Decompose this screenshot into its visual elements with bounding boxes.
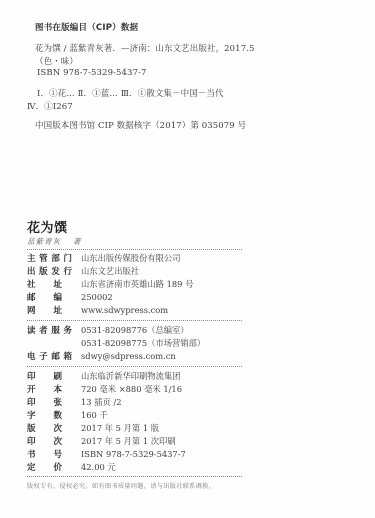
row-label: 定价 <box>27 461 72 473</box>
row-value: ISBN 978-7-5329-5437-7 <box>81 449 186 459</box>
row-label: 印张 <box>27 396 72 408</box>
phone-editorial: 0531-82098776（总编室） <box>81 324 189 336</box>
info-row-supervisor: 主管部门 山东出版传媒股份有限公司 <box>27 252 181 264</box>
cip-line-series: （色・味） <box>35 55 78 67</box>
row-value: 山东出版传媒股份有限公司 <box>81 252 181 264</box>
row-label: 社址 <box>27 278 72 290</box>
row-label: 字数 <box>27 409 72 421</box>
cip-line-subjects: Ⅰ．①花… Ⅱ．①蓝… Ⅲ．①散文集－中国－当代 <box>37 87 224 99</box>
info-row-email: 电子邮箱 sdwy@sdpress.com.cn <box>27 350 176 362</box>
row-value: 250002 <box>81 292 113 302</box>
copyright-page: 图书在版编目（CIP）数据 花为馔 / 蓝紫青灰著．—济南：山东文艺出版社，20… <box>0 0 375 518</box>
divider-2 <box>27 320 242 321</box>
row-label: 网址 <box>27 304 72 316</box>
info-row-price: 定价 42.00 元 <box>27 461 116 473</box>
info-row-printing: 印次 2017 年 5 月第 1 次印刷 <box>27 435 176 447</box>
email-address: sdwy@sdpress.com.cn <box>81 351 176 361</box>
row-value: 山东省济南市英雄山路 189 号 <box>81 278 193 290</box>
info-row-word-count: 字数 160 千 <box>27 409 108 421</box>
info-row-reader-service: 读者服务 0531-82098776（总编室） <box>27 324 189 336</box>
info-row-edition: 版次 2017 年 5 月第 1 版 <box>27 422 159 434</box>
info-row-sheets: 印张 13 插页 /2 <box>27 396 122 408</box>
row-label: 主管部门 <box>27 252 72 264</box>
row-label: 出版发行 <box>27 265 72 277</box>
copyright-notice: 版权专有，侵权必究。如有图书质量问题，请与出版社联系调换。 <box>27 481 215 490</box>
website-link: www.sdwypress.com <box>81 305 168 315</box>
cip-line-record-number: 中国版本图书馆 CIP 数据核字（2017）第 035079 号 <box>35 119 246 131</box>
info-row-website: 网址 www.sdwypress.com <box>27 304 168 316</box>
author-role: 著 <box>73 237 82 246</box>
book-title: 花为馔 <box>27 217 68 236</box>
row-label: 书号 <box>27 448 72 460</box>
row-value: 13 插页 /2 <box>81 396 122 408</box>
cip-heading: 图书在版编目（CIP）数据 <box>35 21 138 33</box>
row-value: 山东文艺出版社 <box>81 265 139 277</box>
info-row-publisher: 出版发行 山东文艺出版社 <box>27 265 139 277</box>
row-value: 2017 年 5 月第 1 次印刷 <box>81 435 176 447</box>
info-row-reader-service-2: 0531-82098775（市场营销部） <box>27 337 205 349</box>
divider-4 <box>27 476 242 477</box>
row-label: 读者服务 <box>27 324 72 336</box>
info-row-printer: 印刷 山东临沂新华印刷物流集团 <box>27 370 181 382</box>
row-value: 山东临沂新华印刷物流集团 <box>81 370 181 382</box>
divider-3 <box>27 366 242 367</box>
row-value: 2017 年 5 月第 1 版 <box>81 422 159 434</box>
row-value: 160 千 <box>81 409 108 421</box>
row-value: 42.00 元 <box>81 461 116 473</box>
row-label: 开本 <box>27 383 72 395</box>
cip-line-classification: Ⅳ．①I267 <box>27 100 73 112</box>
book-author-line: 蓝紫青灰著 <box>27 236 82 247</box>
divider-1 <box>27 249 242 250</box>
row-label: 印刷 <box>27 370 72 382</box>
cip-line-title: 花为馔 / 蓝紫青灰著．—济南：山东文艺出版社，2017.5 <box>35 42 255 54</box>
book-author: 蓝紫青灰 <box>27 237 61 246</box>
cip-line-isbn: ISBN 978-7-5329-5437-7 <box>37 68 147 78</box>
row-label: 邮编 <box>27 291 72 303</box>
info-row-isbn: 书号 ISBN 978-7-5329-5437-7 <box>27 448 186 460</box>
info-row-format: 开本 720 毫米 ×880 毫米 1/16 <box>27 383 182 395</box>
info-row-address: 社址 山东省济南市英雄山路 189 号 <box>27 278 193 290</box>
phone-marketing: 0531-82098775（市场营销部） <box>81 337 205 349</box>
row-label: 印次 <box>27 435 72 447</box>
row-value: 720 毫米 ×880 毫米 1/16 <box>81 383 182 395</box>
row-label: 电子邮箱 <box>27 350 72 362</box>
row-label: 版次 <box>27 422 72 434</box>
info-row-postcode: 邮编 250002 <box>27 291 113 303</box>
